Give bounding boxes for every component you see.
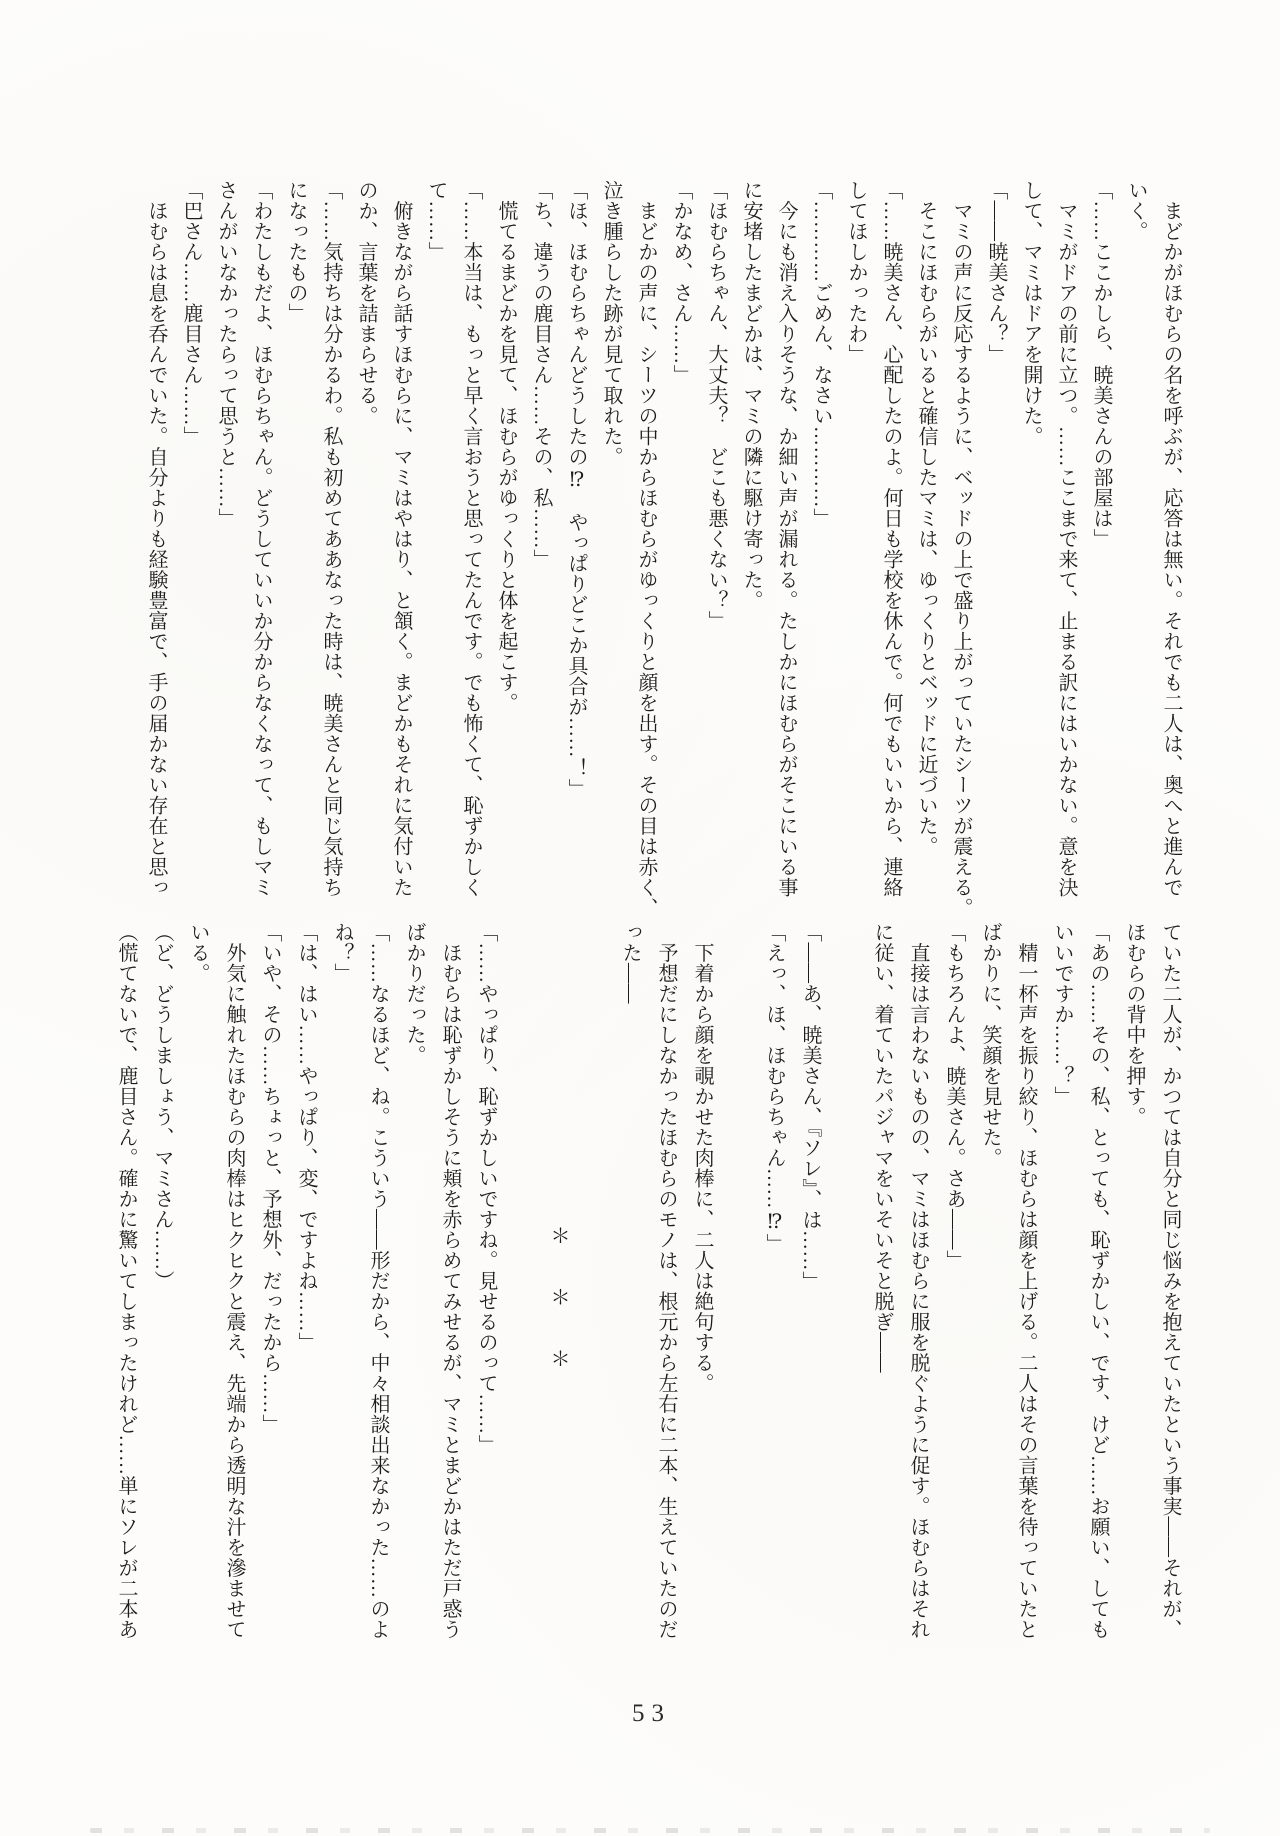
text-column: 「……暁美さん、心配したのよ。何日も学校を休んで。何でもいいから、連絡 bbox=[873, 180, 908, 932]
text-column: 俯きながら話すほむらに、マミはやはり、と頷く。まどかもそれに気付いた bbox=[383, 180, 418, 932]
text-column: 「かなめ、さん……」 bbox=[663, 180, 698, 932]
text-column: まどかがほむらの名を呼ぶが、応答は無い。それでも二人は、奥へと進んで bbox=[1153, 180, 1188, 932]
text-column: ほむらは息を呑んでいた。自分よりも経験豊富で、手の届かない存在と思っ bbox=[138, 180, 173, 932]
text-column: いいですか……？」 bbox=[1044, 922, 1080, 1674]
text-column: ほむらは恥ずかしそうに頬を赤らめてみせるが、マミとまどかはただ戸惑う bbox=[432, 922, 468, 1674]
text-column: マミがドアの前に立つ。……ここまで来て、止まる訳にはいかない。意を決 bbox=[1048, 180, 1083, 932]
blank-column bbox=[504, 922, 540, 1674]
text-column: 「いや、その……ちょっと、予想外、だったから……」 bbox=[252, 922, 288, 1674]
text-column: ばかりだった。 bbox=[396, 922, 432, 1674]
scanned-page: まどかがほむらの名を呼ぶが、応答は無い。それでも二人は、奥へと進んでいく。「……… bbox=[0, 0, 1280, 1836]
text-column: 「……ここかしら、暁美さんの部屋は」 bbox=[1083, 180, 1118, 932]
text-column: （慌てないで、鹿目さん。確かに驚いてしまったけれど……単にソレが二本あ bbox=[108, 922, 144, 1674]
text-column: 予想だにしなかったほむらのモノは、根元から左右に二本、生えていたのだ bbox=[648, 922, 684, 1674]
text-column: してほしかったわ」 bbox=[838, 180, 873, 932]
text-column: になったもの」 bbox=[278, 180, 313, 932]
scan-artifact bbox=[90, 1828, 1210, 1833]
text-column: さんがいなかったらって思うと……」 bbox=[208, 180, 243, 932]
text-column: ばかりに、笑顔を見せた。 bbox=[972, 922, 1008, 1674]
blank-column bbox=[828, 922, 864, 1674]
blank-column bbox=[720, 922, 756, 1674]
text-column: して、マミはドアを開けた。 bbox=[1013, 180, 1048, 932]
text-column: て……」 bbox=[418, 180, 453, 932]
text-column: 「は、はい……やっぱり、変、ですよね……」 bbox=[288, 922, 324, 1674]
text-column: 下着から顔を覗かせた肉棒に、二人は絶句する。 bbox=[684, 922, 720, 1674]
text-column: 「ほむらちゃん、大丈夫？ どこも悪くない？」 bbox=[698, 180, 733, 932]
text-column: 「あの……その、私、とっても、恥ずかしい、です、けど……お願い、しても bbox=[1080, 922, 1116, 1674]
text-column: 直接は言わないものの、マミはほむらに服を脱ぐように促す。ほむらはそれ bbox=[900, 922, 936, 1674]
text-column: に安堵したまどかは、マミの隣に駆け寄った。 bbox=[733, 180, 768, 932]
text-column: ていた二人が、かつては自分と同じ悩みを抱えていたという事実——それが、 bbox=[1152, 922, 1188, 1674]
text-column: （ど、どうしましょう、マミさん……） bbox=[144, 922, 180, 1674]
section-separator: ＊ ＊ ＊ bbox=[540, 922, 576, 1674]
text-block-top: まどかがほむらの名を呼ぶが、応答は無い。それでも二人は、奥へと進んでいく。「……… bbox=[138, 180, 1188, 932]
text-column: 泣き腫らした跡が見て取れた。 bbox=[593, 180, 628, 932]
blank-column bbox=[576, 922, 612, 1674]
text-column: 「もちろんよ、暁美さん。さあ——」 bbox=[936, 922, 972, 1674]
text-column: 「ち、違うの鹿目さん……その、私……」 bbox=[523, 180, 558, 932]
text-column: 「…………ごめん、なさい…………」 bbox=[803, 180, 838, 932]
text-column: 「巴さん……鹿目さん……」 bbox=[173, 180, 208, 932]
page-number: 53 bbox=[600, 1700, 696, 1728]
text-column: 慌てるまどかを見て、ほむらがゆっくりと体を起こす。 bbox=[488, 180, 523, 932]
text-column: マミの声に反応するように、ベッドの上で盛り上がっていたシーツが震える。 bbox=[943, 180, 978, 932]
text-column: 「……本当は、もっと早く言おうと思ってたんです。でも怖くて、恥ずかしく bbox=[453, 180, 488, 932]
text-column: ね？」 bbox=[324, 922, 360, 1674]
text-column: 外気に触れたほむらの肉棒はヒクヒクと震え、先端から透明な汁を滲ませて bbox=[216, 922, 252, 1674]
text-column: 「……なるほど、ね。こういう——形だから、中々相談出来なかった……のよ bbox=[360, 922, 396, 1674]
text-column: 「……やっぱり、恥ずかしいですね。見せるのって……」 bbox=[468, 922, 504, 1674]
text-column: 「——あ、暁美さん、『ソレ』、は……」 bbox=[792, 922, 828, 1674]
text-block-bottom: ていた二人が、かつては自分と同じ悩みを抱えていたという事実——それが、ほむらの背… bbox=[108, 922, 1188, 1674]
text-column: に従い、着ていたパジャマをいそいそと脱ぎ—— bbox=[864, 922, 900, 1674]
text-column: まどかの声に、シーツの中からほむらがゆっくりと顔を出す。その目は赤く、 bbox=[628, 180, 663, 932]
text-column: ほむらの背中を押す。 bbox=[1116, 922, 1152, 1674]
text-column: った—— bbox=[612, 922, 648, 1674]
text-column: 「……気持ちは分かるわ。私も初めてああなった時は、暁美さんと同じ気持ち bbox=[313, 180, 348, 932]
text-column: いる。 bbox=[180, 922, 216, 1674]
text-column: いく。 bbox=[1118, 180, 1153, 932]
text-column: そこにほむらがいると確信したマミは、ゆっくりとベッドに近づいた。 bbox=[908, 180, 943, 932]
text-column: 今にも消え入りそうな、か細い声が漏れる。たしかにほむらがそこにいる事 bbox=[768, 180, 803, 932]
text-column: 「えっ、ほ、ほむらちゃん……⁉」 bbox=[756, 922, 792, 1674]
text-column: 「わたしもだよ、ほむらちゃん。どうしていいか分からなくなって、もしマミ bbox=[243, 180, 278, 932]
text-column: 精一杯声を振り絞り、ほむらは顔を上げる。二人はその言葉を待っていたと bbox=[1008, 922, 1044, 1674]
text-column: 「ほ、ほむらちゃんどうしたの⁉ やっぱりどこか具合が……！」 bbox=[558, 180, 593, 932]
text-column: のか、言葉を詰まらせる。 bbox=[348, 180, 383, 932]
text-column: 「——暁美さん？」 bbox=[978, 180, 1013, 932]
